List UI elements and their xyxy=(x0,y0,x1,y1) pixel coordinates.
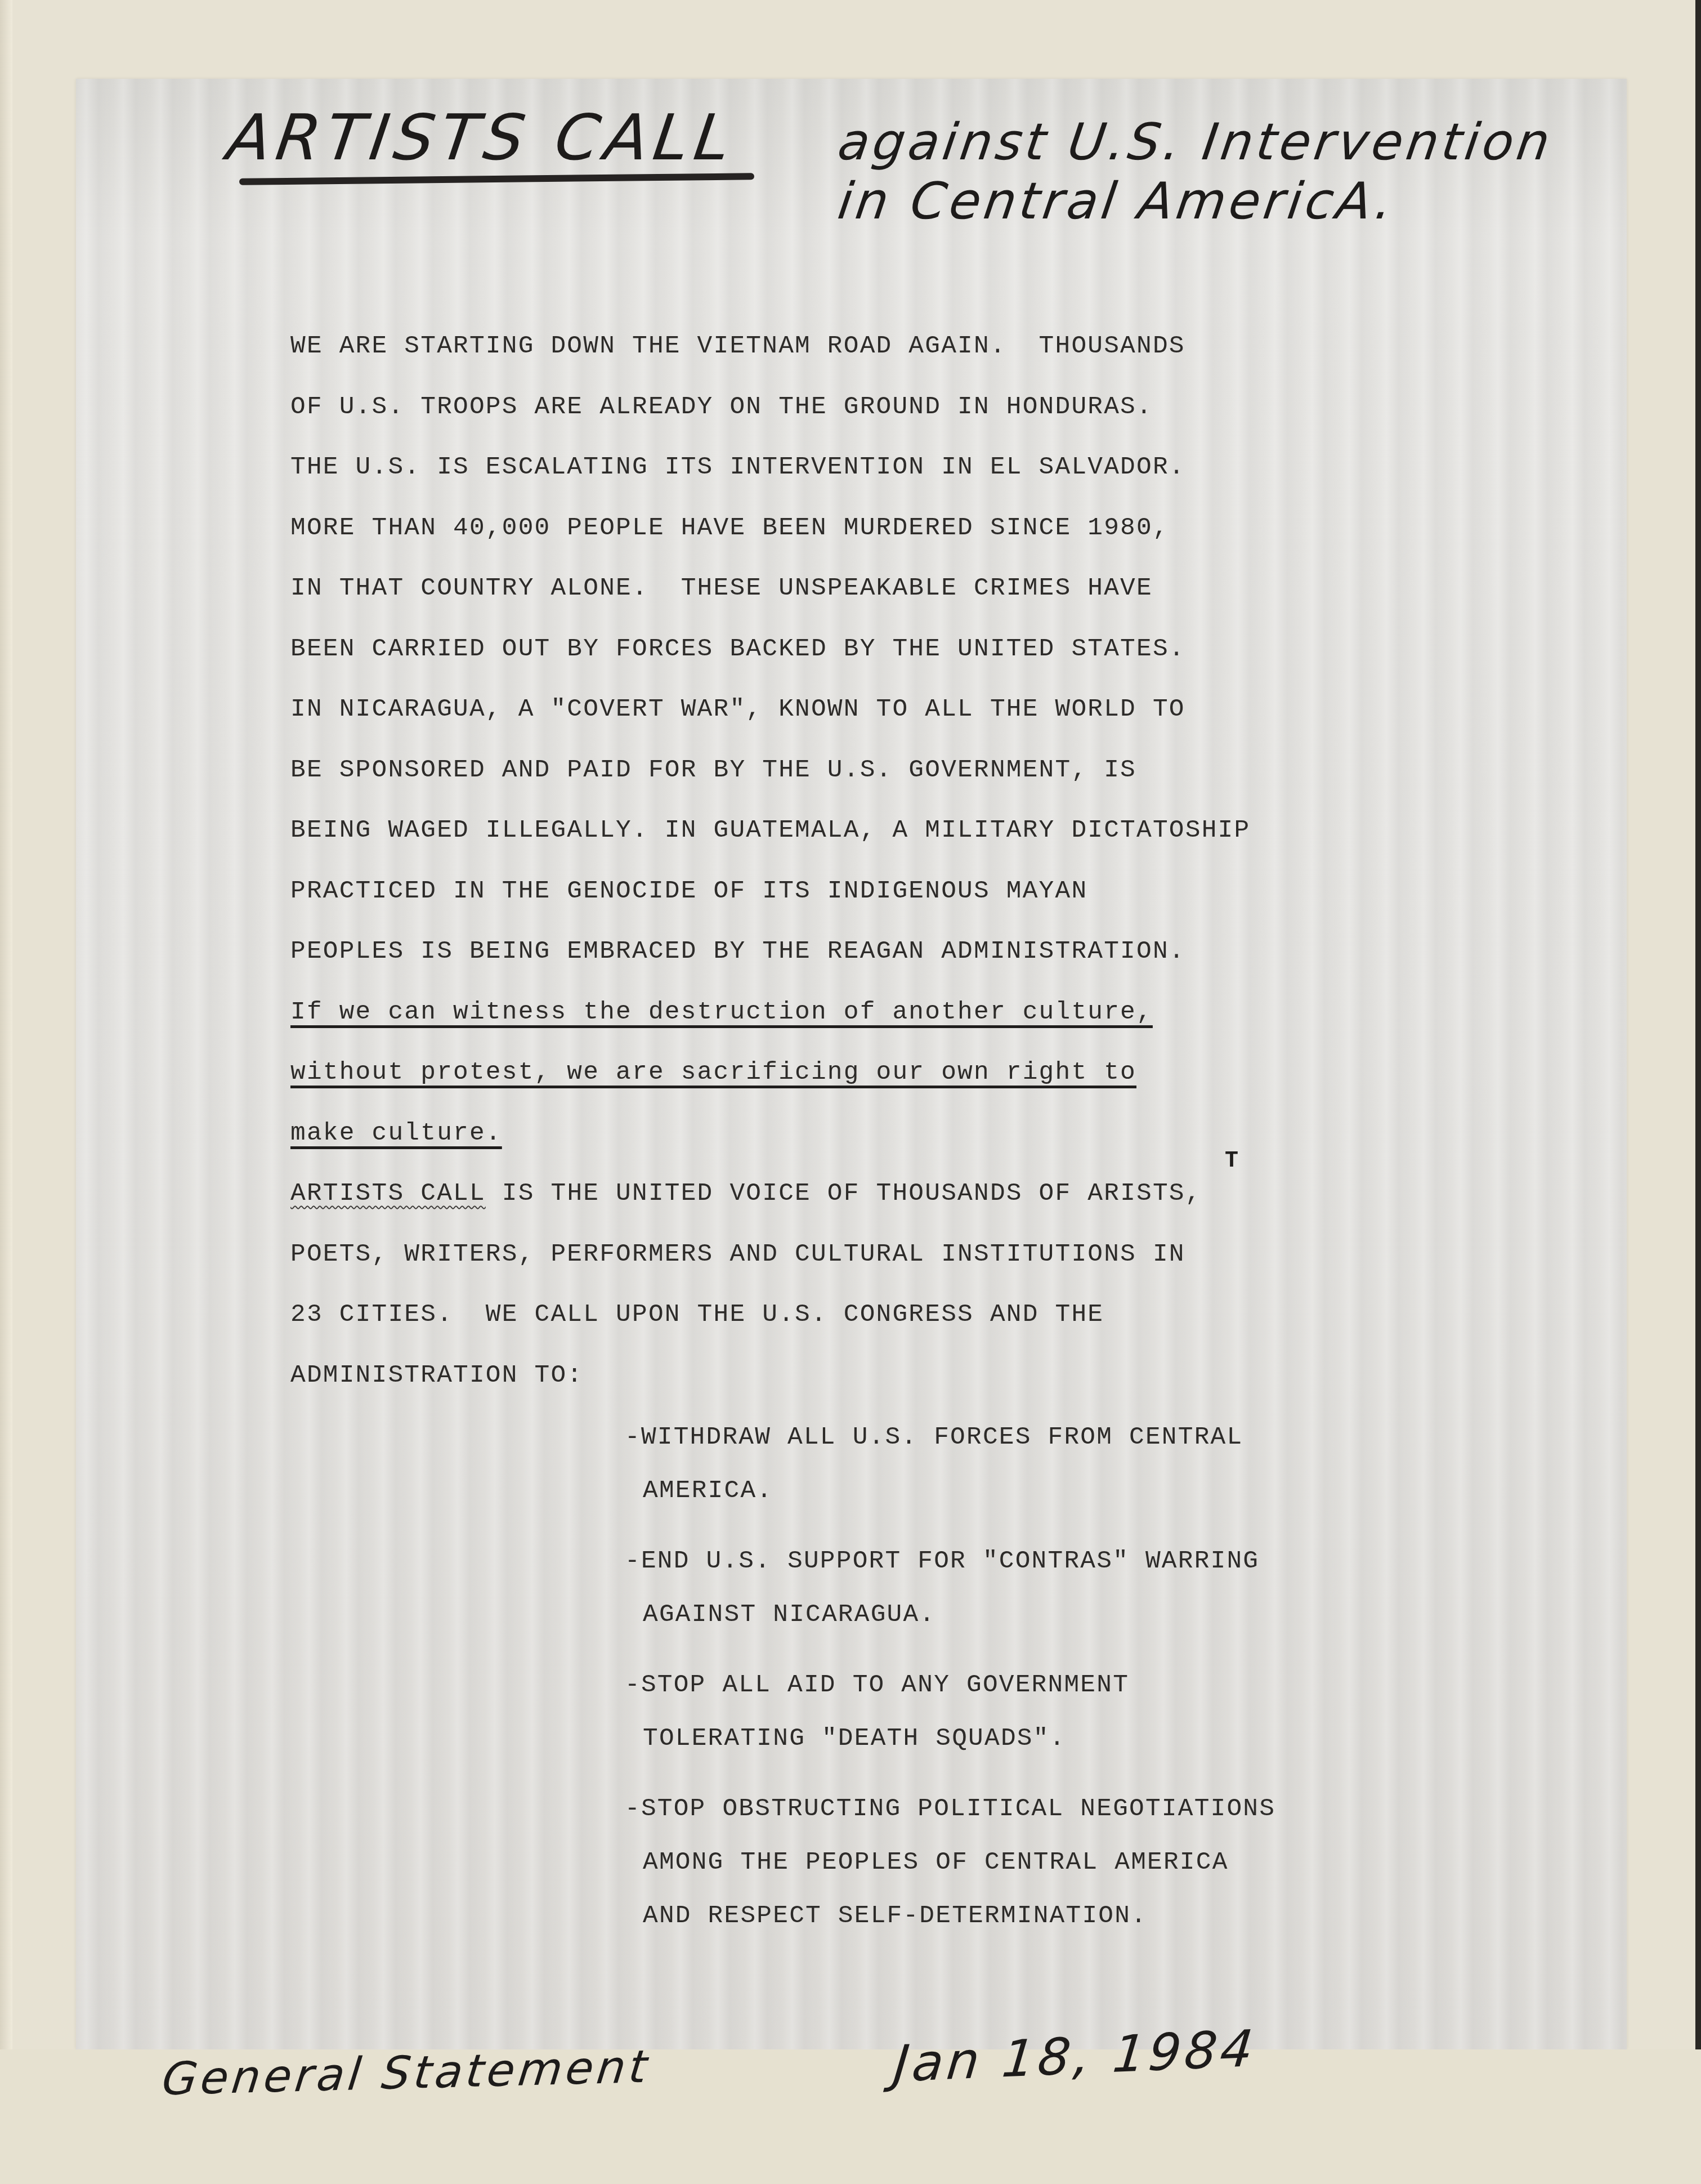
demand-item: -END U.S. SUPPORT FOR "CONTRAS" WARRINGA… xyxy=(625,1544,1413,1651)
statement-line: WE ARE STARTING DOWN THE VIETNAM ROAD AG… xyxy=(290,329,1388,390)
demand-line: -WITHDRAW ALL U.S. FORCES FROM CENTRAL xyxy=(625,1421,1413,1474)
handwritten-subtitle-line-1: against U.S. Intervention xyxy=(835,113,1557,172)
demand-item: -STOP OBSTRUCTING POLITICAL NEGOTIATIONS… xyxy=(625,1792,1413,1953)
statement-line: MORE THAN 40,000 PEOPLE HAVE BEEN MURDER… xyxy=(290,511,1388,572)
line-text: PRACTICED IN THE GENOCIDE OF ITS INDIGEN… xyxy=(290,877,1087,905)
line-text: BEEN CARRIED OUT BY FORCES BACKED BY THE… xyxy=(290,635,1185,663)
artists-call-line-1-rest: IS THE UNITED VOICE OF THOUSANDS OF ARIS… xyxy=(486,1180,1202,1208)
statement-line: make culture. xyxy=(290,1116,1388,1177)
statement-line: BEING WAGED ILLEGALLY. IN GUATEMALA, A M… xyxy=(290,814,1388,874)
statement-line: OF U.S. TROOPS ARE ALREADY ON THE GROUND… xyxy=(290,390,1388,451)
handwritten-footer-label: General Statement xyxy=(159,2040,653,2106)
insertion-correction-mark: T xyxy=(1225,1149,1238,1174)
line-text: BE SPONSORED AND PAID FOR BY THE U.S. GO… xyxy=(290,756,1136,784)
artists-call-line-1: ARTISTS CALL IS THE UNITED VOICE OF THOU… xyxy=(290,1177,1388,1238)
statement-line: IN THAT COUNTRY ALONE. THESE UNSPEAKABLE… xyxy=(290,571,1388,632)
underlined-text: If we can witness the destruction of ano… xyxy=(290,998,1153,1026)
demand-item: -WITHDRAW ALL U.S. FORCES FROM CENTRALAM… xyxy=(625,1421,1413,1528)
underlined-text: make culture. xyxy=(290,1119,502,1147)
artists-call-line-3: 23 CITIES. WE CALL UPON THE U.S. CONGRES… xyxy=(290,1298,1388,1359)
line-text: WE ARE STARTING DOWN THE VIETNAM ROAD AG… xyxy=(290,332,1185,360)
demand-line: TOLERATING "DEATH SQUADS". xyxy=(625,1722,1413,1775)
line-text: BEING WAGED ILLEGALLY. IN GUATEMALA, A M… xyxy=(290,816,1250,845)
artists-call-line-2: POETS, WRITERS, PERFORMERS AND CULTURAL … xyxy=(290,1238,1388,1298)
demand-line: -STOP OBSTRUCTING POLITICAL NEGOTIATIONS xyxy=(625,1792,1413,1846)
statement-line: IN NICARAGUA, A "COVERT WAR", KNOWN TO A… xyxy=(290,693,1388,753)
statement-body: WE ARE STARTING DOWN THE VIETNAM ROAD AG… xyxy=(290,329,1388,1177)
demand-line: AMONG THE PEOPLES OF CENTRAL AMERICA xyxy=(625,1846,1413,1899)
statement-line: PEOPLES IS BEING EMBRACED BY THE REAGAN … xyxy=(290,935,1388,995)
underlined-text: without protest, we are sacrificing our … xyxy=(290,1058,1136,1087)
handwritten-title: ARTISTS CALL xyxy=(223,101,741,175)
statement-line: BE SPONSORED AND PAID FOR BY THE U.S. GO… xyxy=(290,753,1388,814)
line-text: IN THAT COUNTRY ALONE. THESE UNSPEAKABLE… xyxy=(290,574,1153,602)
mat-right-edge xyxy=(1695,0,1701,2184)
mat-left-edge xyxy=(0,0,12,2184)
statement-line: If we can witness the destruction of ano… xyxy=(290,995,1388,1056)
line-text: THE U.S. IS ESCALATING ITS INTERVENTION … xyxy=(290,453,1185,481)
statement-line: without protest, we are sacrificing our … xyxy=(290,1056,1388,1116)
demand-line: -STOP ALL AID TO ANY GOVERNMENT xyxy=(625,1668,1413,1722)
demand-line: AND RESPECT SELF-DETERMINATION. xyxy=(625,1899,1413,1953)
artists-call-lead: ARTISTS CALL xyxy=(290,1180,486,1208)
statement-line: BEEN CARRIED OUT BY FORCES BACKED BY THE… xyxy=(290,632,1388,693)
demand-line: AMERICA. xyxy=(625,1474,1413,1528)
handwritten-subtitle-line-2: in Central AmericA. xyxy=(835,172,1400,231)
line-text: PEOPLES IS BEING EMBRACED BY THE REAGAN … xyxy=(290,937,1185,966)
demand-line: AGAINST NICARAGUA. xyxy=(625,1598,1413,1651)
demands-list: -WITHDRAW ALL U.S. FORCES FROM CENTRALAM… xyxy=(625,1421,1413,1969)
artists-call-line-4: ADMINISTRATION TO: xyxy=(290,1359,1388,1419)
demand-line: -END U.S. SUPPORT FOR "CONTRAS" WARRING xyxy=(625,1544,1413,1598)
line-text: IN NICARAGUA, A "COVERT WAR", KNOWN TO A… xyxy=(290,695,1185,723)
statement-line: PRACTICED IN THE GENOCIDE OF ITS INDIGEN… xyxy=(290,874,1388,935)
typed-statement: WE ARE STARTING DOWN THE VIETNAM ROAD AG… xyxy=(290,329,1388,1419)
line-text: MORE THAN 40,000 PEOPLE HAVE BEEN MURDER… xyxy=(290,514,1169,542)
demand-item: -STOP ALL AID TO ANY GOVERNMENTTOLERATIN… xyxy=(625,1668,1413,1775)
line-text: OF U.S. TROOPS ARE ALREADY ON THE GROUND… xyxy=(290,393,1153,421)
statement-line: THE U.S. IS ESCALATING ITS INTERVENTION … xyxy=(290,450,1388,511)
